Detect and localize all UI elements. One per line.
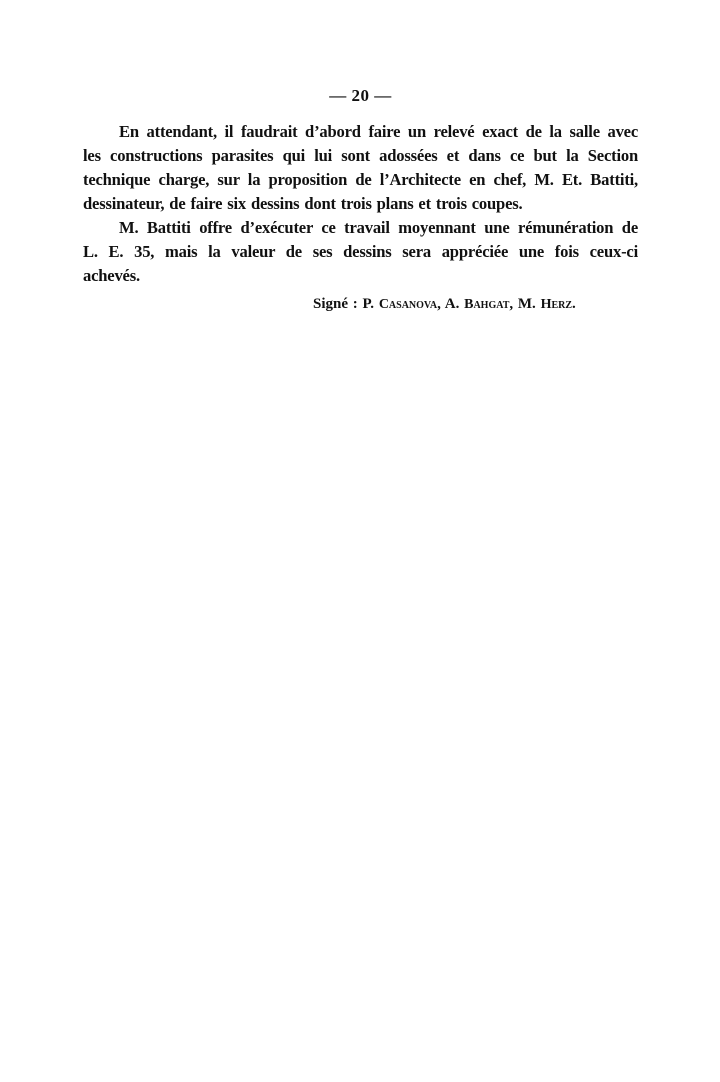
text-line: M. Battiti offre d’exécuter ce travail m…: [83, 216, 638, 240]
paragraph-1: En attendant, il faudrait d’abord faire …: [83, 120, 638, 216]
signature-line: Signé : P. Casanova, A. Bahgat, M. Herz.: [83, 292, 638, 317]
page-number: — 20 —: [83, 84, 638, 108]
signatory-name: Bahgat: [464, 297, 509, 312]
document-page: — 20 — En attendant, il faudrait d’abord…: [83, 84, 638, 317]
text-line: technique charge, sur la proposition de …: [83, 168, 638, 192]
signatory: M. Herz.: [518, 296, 576, 312]
signatory-initial: P.: [363, 296, 375, 312]
separator: ,: [437, 296, 441, 312]
signatory-name: Herz: [541, 297, 572, 312]
signatory: A. Bahgat,: [445, 296, 518, 312]
separator: ,: [509, 296, 513, 312]
signatory-name: Casanova: [379, 297, 437, 312]
signature-prefix: Signé :: [313, 296, 358, 312]
text-line: achevés.: [83, 264, 638, 288]
signatory-initial: M.: [518, 296, 536, 312]
signatory: P. Casanova,: [363, 296, 445, 312]
text-line: les constructions parasites qui lui sont…: [83, 144, 638, 168]
signatory-initial: A.: [445, 296, 460, 312]
text-line: dessinateur, de faire six dessins dont t…: [83, 192, 638, 216]
text-line: L. E. 35, mais la valeur de ses dessins …: [83, 240, 638, 264]
separator: .: [572, 296, 576, 312]
paragraph-2: M. Battiti offre d’exécuter ce travail m…: [83, 216, 638, 288]
text-line: En attendant, il faudrait d’abord faire …: [83, 120, 638, 144]
